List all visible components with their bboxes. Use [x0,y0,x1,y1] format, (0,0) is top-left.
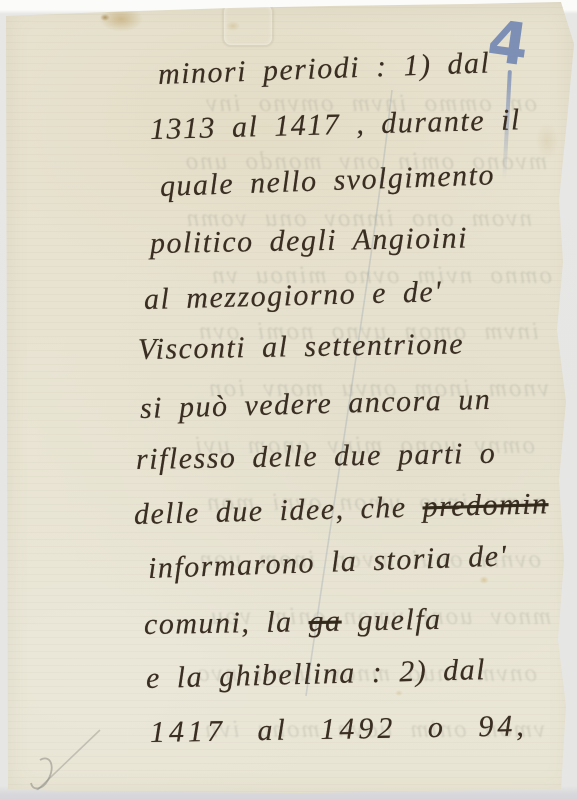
line-text: riflesso delle due parti o [136,437,497,476]
manuscript-line: riflesso delle due parti o [136,437,497,477]
line-text: al mezzogiorno e de' [144,275,443,316]
struck-text: ga [308,605,342,639]
line-text: politico degli Angioini [150,221,468,260]
paper-sheet: on ommo invm omvno inv mvono omin onv mo… [0,0,577,800]
manuscript-line: politico degli Angioini [150,221,468,261]
struck-text: predomin [422,487,549,523]
manuscript-line: 1417 al 1492 o 94, [150,709,528,750]
scanned-manuscript: on ommo invm omvno inv mvono omin onv mo… [0,0,577,800]
line-text: guelfa [341,603,442,638]
line-text: Visconti al settentrione [138,327,465,366]
line-text: comuni, la [144,605,309,641]
line-text: delle due idee, che [134,490,423,531]
line-text: 1417 al 1492 o 94, [150,709,528,749]
manuscript-line: Visconti al settentrione [138,327,465,367]
manuscript-line: comuni, la ga guelfa [144,603,442,642]
blue-crayon-page-number: 4 [484,11,532,74]
